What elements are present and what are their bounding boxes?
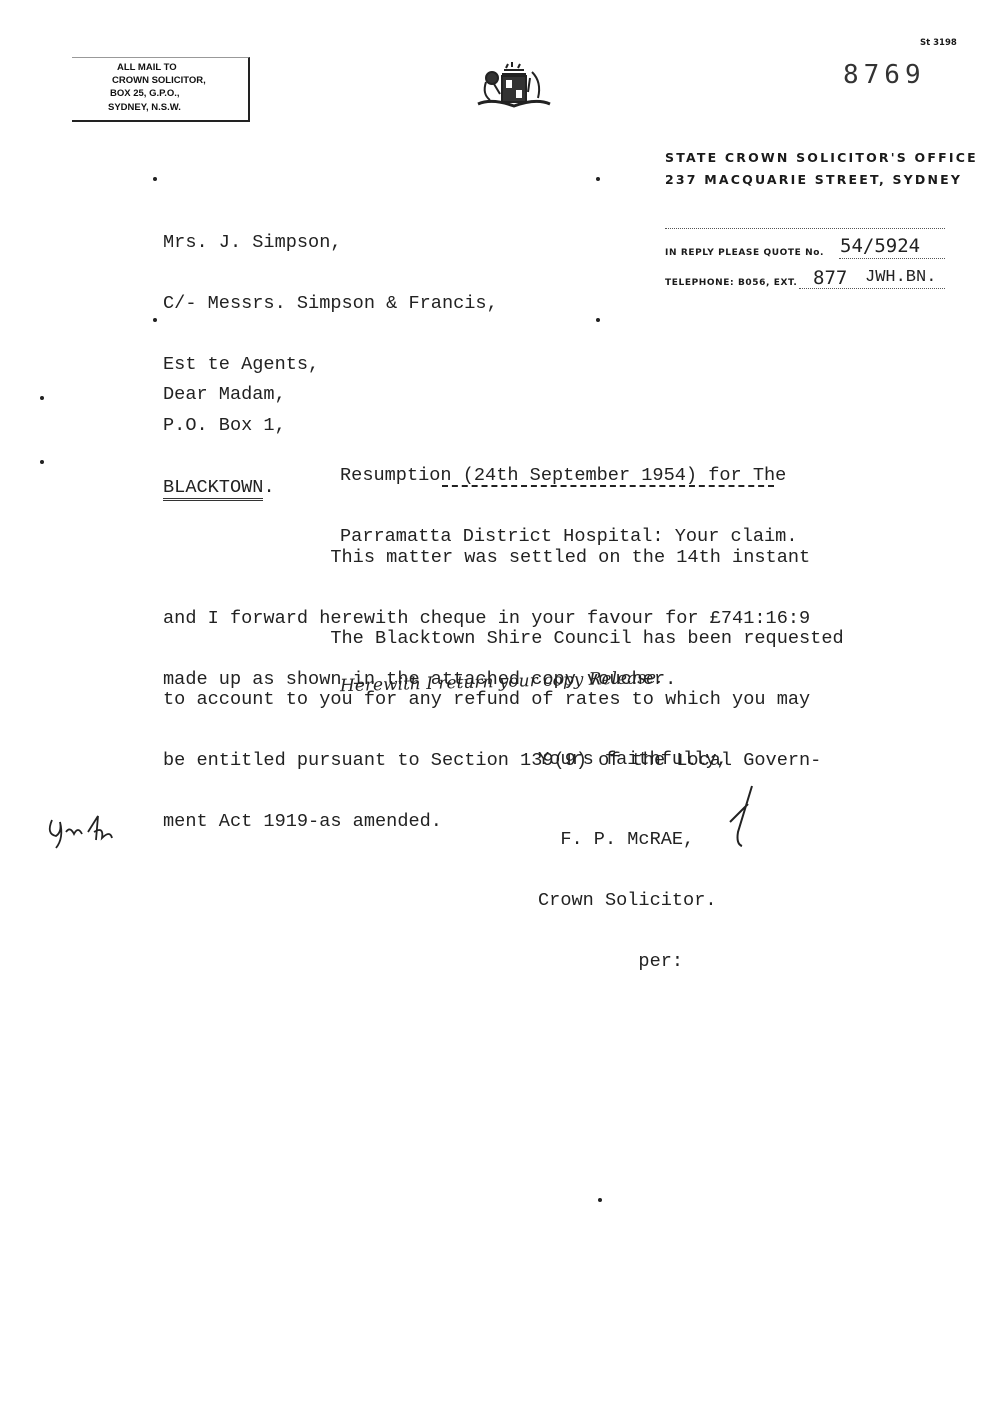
mail-box-line: ALL MAIL TO [117,61,177,75]
dotted-rule [839,258,945,259]
signatory-name: F. P. McRAE, [538,830,717,850]
paragraph-line: to account to you for any refund of rate… [163,690,844,710]
office-heading: STATE CROWN SOLICITOR'S OFFICE 237 MACQU… [665,147,978,191]
telephone-extension: 877 [813,268,847,288]
recipient-line: Mrs. J. Simpson, [163,233,498,253]
paragraph-line: This matter was settled on the 14th inst… [163,548,810,568]
telephone-label: TELEPHONE: B056, EXT. [665,278,797,288]
dotted-rule [665,228,945,229]
mail-box-line: SYDNEY, N.S.W. [108,101,181,115]
recipient-town-suffix: . [263,477,274,498]
recipient-line: C/- Messrs. Simpson & Francis, [163,294,498,314]
subject-rule [442,485,774,487]
mail-address-box: ALL MAIL TO CROWN SOLICITOR, BOX 25, G.P… [72,57,250,122]
margin-initials-icon [44,812,124,852]
telephone-row: TELEPHONE: B056, EXT. 877 JWH.BN. [665,266,945,290]
guide-dot [153,177,157,181]
per-label: per: [538,952,717,972]
stamp-number: 8769 [843,60,926,90]
signatory-title: Crown Solicitor. [538,891,717,911]
guide-dot [40,460,44,464]
reply-reference-row: IN REPLY PLEASE QUOTE No. 54/5924 [665,236,945,260]
reference-initials: JWH.BN. [865,268,936,288]
guide-dot [598,1198,602,1202]
mail-box-line: BOX 25, G.P.O., [110,87,180,101]
paragraph-line: be entitled pursuant to Section 139(9) o… [163,751,844,771]
paragraph-line: The Blacktown Shire Council has been req… [163,629,844,649]
closing: Yours faithfully, [538,750,728,770]
reply-label: IN REPLY PLEASE QUOTE No. [665,248,824,258]
recipient-town: BLACKTOWN [163,477,263,501]
office-address: 237 MACQUARIE STREET, SYDNEY [665,169,978,191]
guide-dot [596,318,600,322]
subject-line: Resumption (24th September 1954) for The [340,466,797,486]
guide-dot [596,177,600,181]
salutation: Dear Madam, [163,385,286,405]
guide-dot [153,318,157,322]
signature-block: F. P. McRAE, Crown Solicitor. per: [538,789,717,993]
mail-box-line: CROWN SOLICITOR, [112,74,206,88]
signature-mark-icon [720,782,760,852]
reply-number: 54/5924 [840,236,920,256]
recipient-line: Est te Agents, [163,355,498,375]
form-code: St 3198 [920,38,957,48]
coat-of-arms-icon [472,60,556,112]
office-name: STATE CROWN SOLICITOR'S OFFICE [665,147,978,169]
guide-dot [40,396,44,400]
